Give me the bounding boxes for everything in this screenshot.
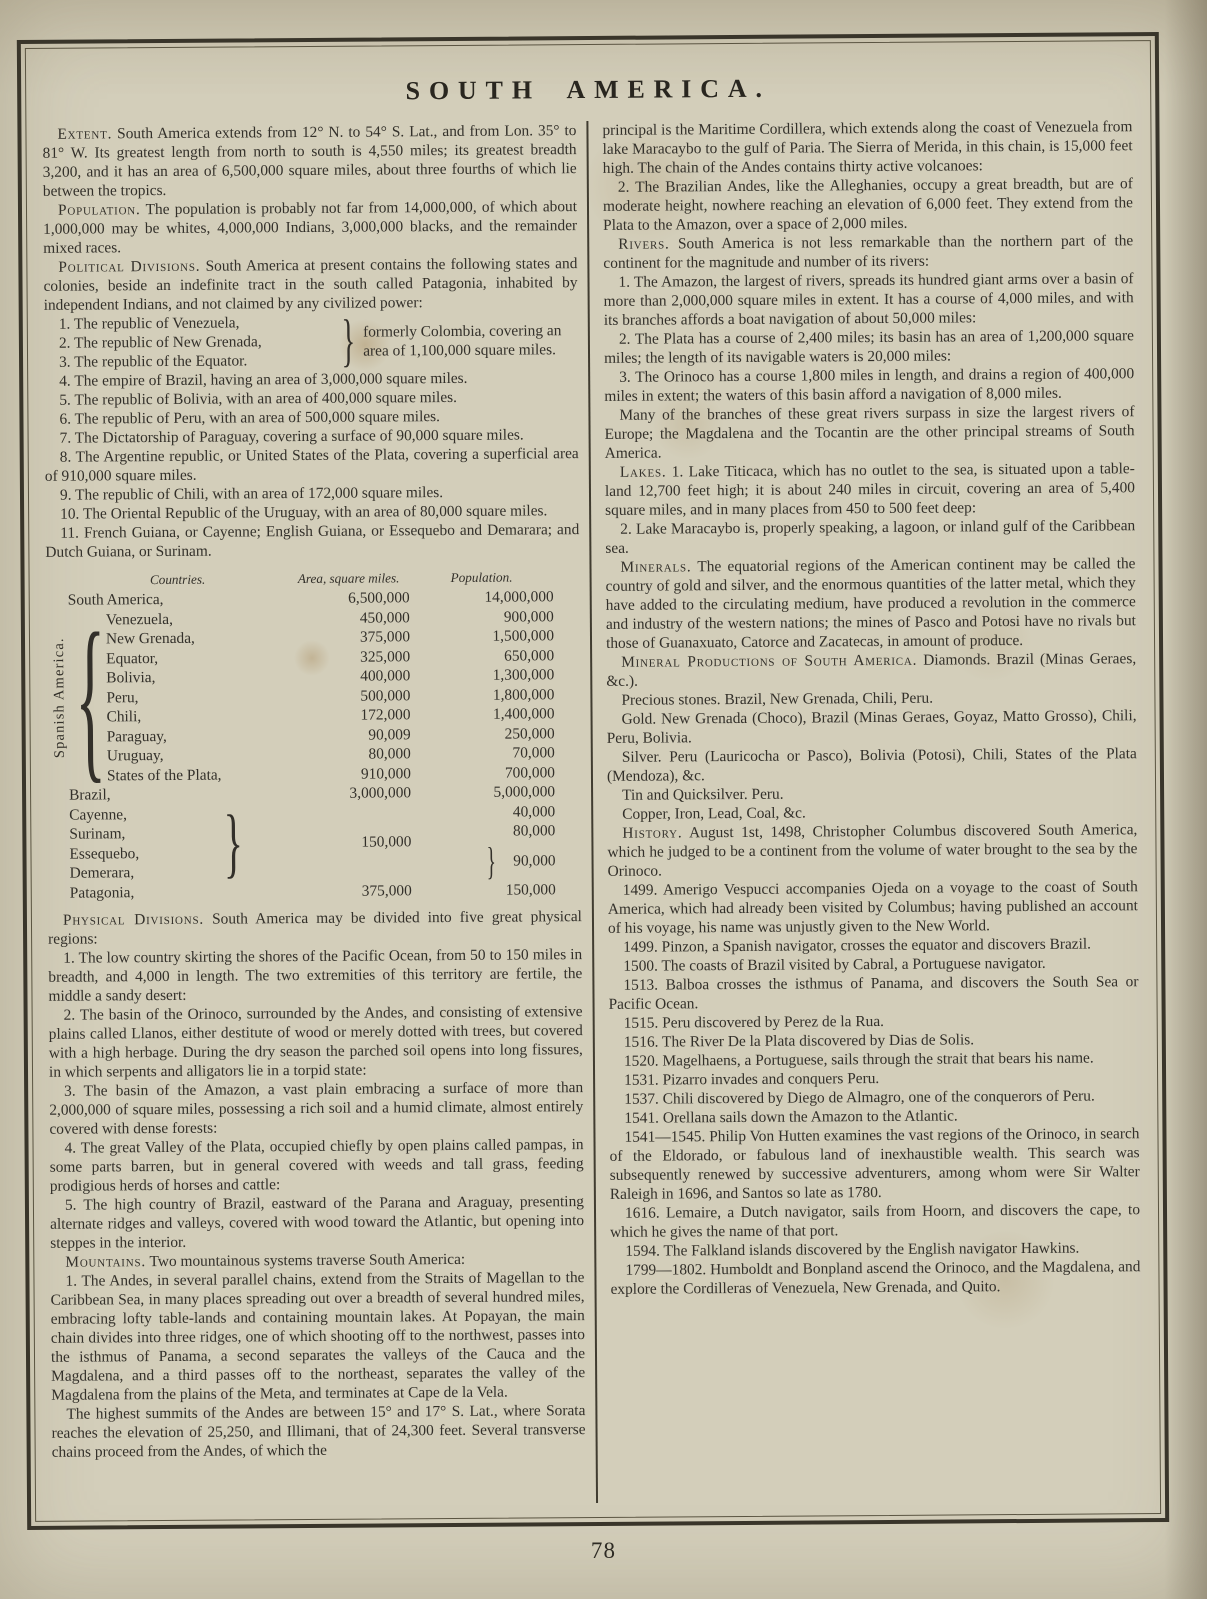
page-border-frame: SOUTH AMERICA. Extent. South America ext…	[17, 32, 1169, 1530]
section-heading: Minerals.	[620, 558, 691, 575]
history-entry: 1520. Magelhaens, a Portuguese, sails th…	[609, 1048, 1139, 1071]
area-cell: 450,000	[288, 608, 410, 628]
column-right: principal is the Maritime Cordillera, wh…	[588, 117, 1148, 1503]
area-cell: 150,000	[289, 832, 411, 852]
population-cell: 150,000	[412, 880, 556, 901]
mineral-productions-paragraph: Mineral Productions of South America. Di…	[606, 649, 1136, 691]
colombia-brace-block: 1. The republic of Venezuela, 2. The rep…	[44, 311, 578, 372]
area-cell: 910,000	[289, 764, 411, 784]
history-entry: 1541—1545. Philip Von Hutten examines th…	[609, 1124, 1140, 1204]
population-cell: 650,000	[410, 646, 554, 667]
column-header: Population.	[410, 567, 554, 587]
continuation-paragraph: principal is the Maritime Cordillera, wh…	[602, 117, 1132, 178]
grouping-brace-icon: }	[342, 312, 356, 370]
combined-population-cell: } 90,000	[411, 841, 555, 881]
spanish-america-group: Spanish America. { Venezuela,450,000900,…	[68, 607, 555, 786]
list-item: 2. The basin of the Orinoco, surrounded …	[49, 1002, 584, 1082]
section-text: 1. Lake Titicaca, which has no outlet to…	[605, 460, 1135, 519]
list-item: 1. The republic of Venezuela,	[44, 313, 336, 334]
summits-paragraph: The highest summits of the Andes are bet…	[51, 1401, 585, 1462]
section-heading: Physical Divisions.	[63, 911, 204, 929]
area-cell: 172,000	[288, 705, 410, 725]
page-inner-border: SOUTH AMERICA. Extent. South America ext…	[25, 40, 1161, 1522]
page-title: SOUTH AMERICA.	[38, 71, 1138, 109]
physical-divisions-paragraph: Physical Divisions. South America may be…	[48, 907, 582, 949]
area-cell: 325,000	[288, 647, 410, 667]
guiana-colonies-group: Cayenne, Surinam, Essequebo, Demerara, }…	[69, 802, 556, 883]
population-cell: 40,000	[411, 802, 555, 823]
area-cell: 6,500,000	[288, 588, 410, 608]
list-item: 2. The republic of New Grenada,	[44, 332, 336, 353]
area-cell: 375,000	[288, 627, 410, 647]
minerals-paragraph: Minerals. The equatorial regions of the …	[605, 554, 1136, 653]
statistics-table: Countries. Area, square miles. Populatio…	[68, 566, 556, 902]
history-entry: 1499. Amerigo Vespucci accompanies Ojeda…	[608, 877, 1138, 938]
population-cell: 900,000	[410, 607, 554, 628]
section-text: August 1st, 1498, Christopher Columbus d…	[607, 821, 1137, 880]
population-cell: 1,400,000	[410, 704, 554, 725]
colombia-items: 1. The republic of Venezuela, 2. The rep…	[44, 313, 337, 372]
list-item: 2. The Brazilian Andes, like the Allegha…	[603, 174, 1133, 235]
country-cell: Patagonia,	[70, 882, 290, 903]
population-cell: 250,000	[411, 724, 555, 745]
section-heading: History.	[622, 824, 682, 841]
list-item: 3. The basin of the Amazon, a vast plain…	[49, 1078, 583, 1139]
column-left: Extent. South America extends from 12° N…	[38, 121, 596, 1507]
population-cell: 80,000	[411, 821, 555, 842]
list-item: 3. The republic of the Equator.	[44, 351, 336, 372]
population-cell: 1,300,000	[410, 665, 554, 686]
area-cell: 400,000	[288, 666, 410, 686]
grouping-brace-icon: }	[487, 841, 496, 880]
history-paragraph: History. August 1st, 1498, Christopher C…	[607, 820, 1137, 881]
list-item: 2. The Plata has a course of 2,400 miles…	[604, 326, 1134, 368]
history-entry: 1537. Chili discovered by Diego de Almag…	[609, 1086, 1139, 1109]
grouping-brace-icon: }	[223, 804, 243, 882]
lakes-paragraph: Lakes. 1. Lake Titicaca, which has no ou…	[605, 459, 1135, 520]
political-divisions-paragraph: Political Divisions. South America at pr…	[43, 254, 577, 315]
section-heading: Extent.	[57, 125, 112, 142]
colombia-note: formerly Colombia, covering an area of 1…	[363, 321, 578, 360]
section-heading: Mountains.	[65, 1253, 146, 1271]
history-entry: 1499. Pinzon, a Spanish navigator, cross…	[608, 934, 1138, 957]
section-heading: Mineral Productions of South America.	[621, 652, 917, 671]
section-heading: Lakes.	[620, 463, 667, 480]
section-heading: Population.	[58, 201, 141, 219]
population-cell: 1,800,000	[410, 685, 554, 706]
list-item: Silver. Peru (Lauricocha or Pasco), Boli…	[607, 744, 1137, 786]
area-cell: 80,000	[289, 744, 411, 764]
list-item: 3. The Orinoco has a course 1,800 miles …	[604, 364, 1134, 406]
population-cell: 5,000,000	[411, 782, 555, 803]
column-header: Countries.	[68, 569, 288, 590]
columns: Extent. South America extends from 12° N…	[38, 117, 1148, 1507]
history-entry: 1799—1802. Humboldt and Bonpland ascend …	[610, 1257, 1140, 1299]
population-cell: 1,500,000	[410, 626, 554, 647]
rivers-note-paragraph: Many of the branches of these great rive…	[604, 402, 1134, 463]
area-cell: 90,009	[289, 725, 411, 745]
area-cell: 3,000,000	[289, 783, 411, 803]
population-cell: 14,000,000	[410, 587, 554, 608]
area-cell: 375,000	[290, 881, 412, 901]
list-item: 2. Lake Maracaybo is, properly speaking,…	[605, 516, 1135, 558]
list-item: 11. French Guiana, or Cayenne; English G…	[45, 520, 579, 562]
section-heading: Political Divisions.	[58, 258, 200, 276]
table-row: Patagonia, 375,000 150,000	[70, 880, 556, 903]
list-item: 1. The low country skirting the shores o…	[48, 945, 582, 1006]
spanish-america-rotated-label: Spanish America.	[50, 637, 70, 758]
scanned-atlas-page: SOUTH AMERICA. Extent. South America ext…	[0, 0, 1207, 1599]
page-number: 78	[0, 1538, 1207, 1564]
table-row: States of the Plata,910,000700,000	[69, 763, 555, 786]
extent-paragraph: Extent. South America extends from 12° N…	[42, 121, 577, 201]
column-header: Area, square miles.	[288, 568, 410, 588]
section-text: South America is not less remarkable tha…	[603, 232, 1133, 272]
history-entry: 1513. Balboa crosses the isthmus of Pana…	[608, 972, 1138, 1014]
list-item: 4. The great Valley of the Plata, occupi…	[49, 1135, 583, 1196]
grouping-brace-icon: {	[75, 606, 107, 789]
list-item: 8. The Argentine republic, or United Sta…	[45, 444, 579, 486]
area-cell: 500,000	[288, 686, 410, 706]
section-text: South America extends from 12° N. to 54°…	[43, 122, 577, 200]
list-item: Gold. New Grenada (Choco), Brazil (Minas…	[607, 706, 1137, 748]
population-cell: 700,000	[411, 763, 555, 784]
population-paragraph: Population. The population is probably n…	[43, 197, 577, 258]
population-cell: 70,000	[411, 743, 555, 764]
history-entry: 1616. Lemaire, a Dutch navigator, sails …	[610, 1200, 1140, 1242]
section-text: Two mountainous systems traverse South A…	[149, 1251, 465, 1270]
list-item: 1. The Amazon, the largest of rivers, sp…	[603, 269, 1133, 330]
list-item: 5. The high country of Brazil, eastward …	[50, 1192, 584, 1253]
rivers-paragraph: Rivers. South America is not less remark…	[603, 231, 1133, 273]
section-heading: Rivers.	[618, 235, 669, 252]
population-cell: 90,000	[513, 851, 555, 870]
list-item: 1. The Andes, in several parallel chains…	[50, 1268, 585, 1405]
